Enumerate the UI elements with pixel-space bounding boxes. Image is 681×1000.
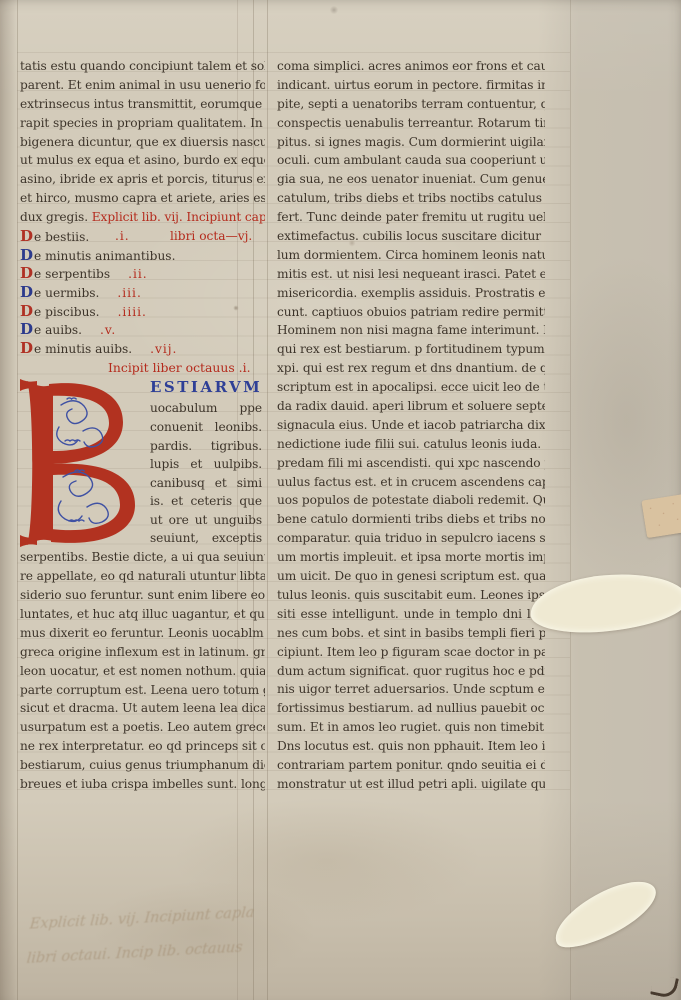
text-line: pitus. si ignes magis. Cum dormierint ui… (277, 133, 545, 152)
chapter-number: .i. (115, 227, 130, 245)
text-line: parte corruptum est. Leena uero totum gr… (20, 681, 265, 700)
chapter-title: e piscibus. (34, 305, 100, 319)
text-line: monstratur ut est illud petri apli. uigi… (277, 775, 545, 794)
text-line: sicut et dracma. Ut autem leena lea dica… (20, 699, 265, 718)
text-line: conspectis uenabulis terreantur. Rotarum… (277, 114, 545, 133)
text-line: qui rex est bestiarum. p fortitudinem ty… (277, 340, 545, 359)
text-line: um uicit. De quo in genesi scriptum est.… (277, 567, 545, 586)
chapter-number: .iiii. (118, 305, 147, 319)
ruling-line (570, 0, 571, 1000)
chapter-title: e minutis animantibus. (34, 249, 175, 263)
text-line: lupis et uulpibs. (150, 455, 262, 474)
text-line: dum actum significat. quor rugitus hoc e… (277, 662, 545, 681)
intro-text-block: tatis estu quando concipiunt talem et so… (20, 57, 265, 227)
text-line: seuiunt, exceptis (150, 529, 262, 548)
chapter-initial: D (20, 227, 33, 245)
rubric-incipit-liber-octavus: Incipit liber octauus .i. (20, 358, 265, 378)
text-line: gia sua, ne eos uenator inueniat. Cum ge… (277, 170, 545, 189)
parchment-repair-tab (641, 494, 681, 538)
text-line: re appellate, eo qd naturali utuntur lib… (20, 567, 265, 586)
text-line: pite, septi a uenatoribs terram contuent… (277, 95, 545, 114)
initial-side-text: ESTIARVM uocabulum ppeconuenit leonibs.p… (150, 377, 264, 548)
text-line: tatis estu quando concipiunt talem et so… (20, 57, 265, 76)
text-line: siderio suo feruntur. sunt enim libere e… (20, 586, 265, 605)
chapter-initial: D (20, 339, 33, 357)
text-line: et hirco, musmo capra et ariete, aries e… (20, 189, 265, 208)
text-line: parent. Et enim animal in usu uenerio fo… (20, 76, 265, 95)
chapter-initial: D (20, 246, 33, 264)
illuminated-initial-block: ESTIARVM uocabulum ppeconuenit leonibs.p… (20, 377, 265, 548)
text-line: scriptum est in apocalipsi. ecce uicit l… (277, 378, 545, 397)
chapter-entry: De minutis auibs..vij. (20, 339, 265, 358)
text-line: extrinsecus intus transmittit, eorumque … (20, 95, 265, 114)
rubric-libri-octavi: libri octa—vj. (170, 227, 252, 245)
right-text-column: coma simplici. acres animos eor frons et… (277, 57, 545, 794)
text-line: dux gregis. Explicit lib. vij. Incipiunt… (20, 208, 265, 227)
text-line: xpi. qui est rex regum et dns dnantium. … (277, 359, 545, 378)
text-line: nedictione iude filii sui. catulus leoni… (277, 435, 545, 454)
left-body-text: serpentibs. Bestie dicte, a ui qua seuiu… (20, 548, 265, 794)
chapter-title: e bestiis. (34, 230, 89, 244)
text-line: usurpatum est a poetis. Leo autem grece.… (20, 718, 265, 737)
text-line: ut mulus ex equa et asino, burdo ex equo… (20, 151, 265, 170)
text-line: predam fili mi ascendisti. qui xpc nasce… (277, 454, 545, 473)
chapter-title: e uermibs. (34, 286, 99, 300)
ink-hook-mark (650, 974, 679, 1000)
chapter-entry: De auibs..v. (20, 320, 265, 339)
text-line: um mortis impleuit. et ipsa morte mortis… (277, 548, 545, 567)
text-line: bigenera dicuntur, que ex diuersis nascu… (20, 133, 265, 152)
parchment-scrape-patch (546, 870, 665, 958)
text-line: conuenit leonibs. (150, 418, 262, 437)
text-line: catulum, tribs diebs et tribs noctibs ca… (277, 189, 545, 208)
chapter-entry: De piscibus..iiii. (20, 302, 265, 321)
text-line: misericordia. exemplis assiduis. Prostra… (277, 284, 545, 303)
text-line: uos populos de potestate diaboli redemit… (277, 491, 545, 510)
text-line: ne rex interpretatur. eo qd princeps sit… (20, 737, 265, 756)
text-line: sum. Et in amos leo rugiet. quis non tim… (277, 718, 545, 737)
text-line: bene catulo dormienti tribs diebs et tri… (277, 510, 545, 529)
text-line: da radix dauid. aperi librum et soluere … (277, 397, 545, 416)
bestiarum-heading: ESTIARVM (150, 377, 264, 399)
text-line: canibusq et simi (150, 474, 262, 493)
text-line: nes cum bobs. et sint in basibs templi f… (277, 624, 545, 643)
ruling-line (267, 0, 268, 1000)
text-line: extimefactus. cubilis locus suscitare di… (277, 227, 545, 246)
chapter-number: .vij. (150, 342, 177, 356)
text-line: cipiunt. Item leo p figuram scae doctor … (277, 643, 545, 662)
chapter-entry: De minutis animantibus. (20, 246, 265, 265)
ruling-line (17, 0, 18, 1000)
text-line: cunt. captiuos obuios patriam redire per… (277, 303, 545, 322)
chapter-entry: De bestiis..i.libri octa—vj. (20, 227, 265, 246)
text-line: asino, ibride ex apris et porcis, tituru… (20, 170, 265, 189)
chapter-list: De bestiis..i.libri octa—vj.De minutis a… (20, 227, 265, 358)
text-line: nis uigor terret aduersarios. Unde scptu… (277, 680, 545, 699)
text-line: serpentibs. Bestie dicte, a ui qua seuiu… (20, 548, 265, 567)
chapter-number: .v. (100, 323, 116, 337)
chapter-title: e auibs. (34, 323, 82, 337)
text-line: fortissimus bestiarum. ad nullius pauebi… (277, 699, 545, 718)
text-line: leon uocatur, et est nomen nothum. quia … (20, 662, 265, 681)
text-line: lum dormientem. Circa hominem leonis nat… (277, 246, 545, 265)
text-line: pardis. tigribus. (150, 437, 262, 456)
offset-ghost-text: Explicit lib. vij. Incipiunt capla libri… (25, 892, 331, 976)
chapter-number: .iii. (117, 286, 141, 300)
text-line: rapit species in propriam qualitatem. In… (20, 114, 265, 133)
text-line: Dns locutus est. quis non pphauit. Item … (277, 737, 545, 756)
chapter-title: e serpentibs (34, 267, 110, 281)
text-line: ut ore ut unguibs (150, 511, 262, 530)
chapter-title: e minutis auibs. (34, 342, 132, 356)
text-line: tulus leonis. quis suscitabit eum. Leone… (277, 586, 545, 605)
text-line: signacula eius. Unde et iacob patriarcha… (277, 416, 545, 435)
text-line: mitis est. ut nisi lesi nequeant irasci.… (277, 265, 545, 284)
left-text-column: tatis estu quando concipiunt talem et so… (20, 57, 265, 794)
text-line: mus dixerit eo feruntur. Leonis uocablm … (20, 624, 265, 643)
text-line: uulus factus est. et in crucem ascendens… (277, 473, 545, 492)
text-line: oculi. cum ambulant cauda sua cooperiunt… (277, 151, 545, 170)
chapter-initial: D (20, 302, 33, 320)
text-line: indicant. uirtus eorum in pectore. firmi… (277, 76, 545, 95)
text-line: greca origine inflexum est in latinum. g… (20, 643, 265, 662)
manuscript-page: tatis estu quando concipiunt talem et so… (0, 0, 681, 1000)
chapter-initial: D (20, 320, 33, 338)
text-line: breues et iuba crispa imbelles sunt. lon… (20, 775, 265, 794)
text-line: uocabulum ppe (150, 399, 262, 418)
text-line: contrariam partem ponitur. qndo seuitia … (277, 756, 545, 775)
text-line: siti esse intelligunt. unde in templo dn… (277, 605, 545, 624)
chapter-entry: De uermibs..iii. (20, 283, 265, 302)
text-line: Hominem non nisi magna fame interimunt. … (277, 321, 545, 340)
text-line: bestiarum, cuius genus triumphanum dicit… (20, 756, 265, 775)
text-line: is. et ceteris que (150, 492, 262, 511)
chapter-initial: D (20, 264, 33, 282)
text-line: coma simplici. acres animos eor frons et… (277, 57, 545, 76)
illuminated-initial-b (20, 379, 143, 547)
chapter-initial: D (20, 283, 33, 301)
chapter-number: .ii. (128, 267, 148, 281)
text-line: comparatur. quia triduo in sepulcro iace… (277, 529, 545, 548)
chapter-entry: De serpentibs.ii. (20, 264, 265, 283)
text-line: luntates, et huc atq illuc uagantur, et … (20, 605, 265, 624)
text-line: fert. Tunc deinde pater fremitu ut rugit… (277, 208, 545, 227)
